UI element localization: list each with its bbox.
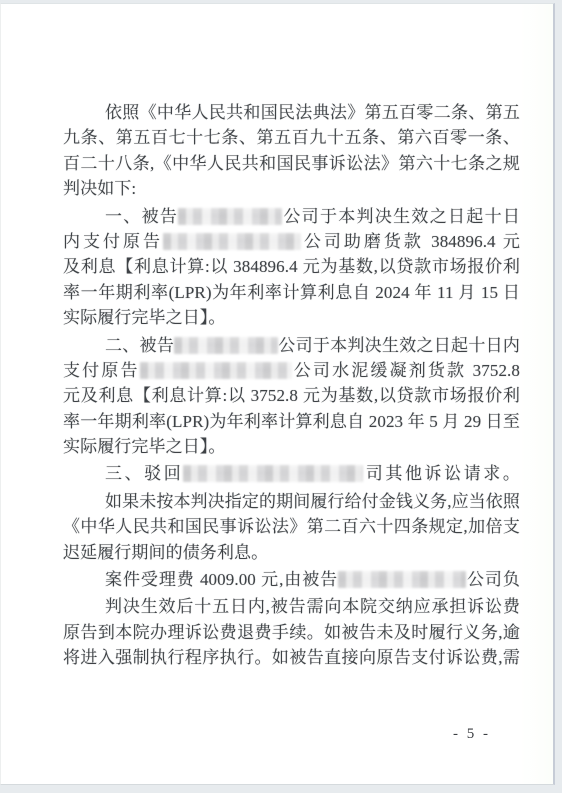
text-run: 将进入强制执行程序执行。如被告直接向原告支付诉讼费,需要 — [63, 648, 520, 670]
redacted-text — [178, 208, 282, 225]
doc-line: 实际履行完毕之日】。 — [63, 434, 520, 459]
text-run: 实际履行完毕之日】。 — [63, 437, 226, 456]
doc-line: 将进入强制执行程序执行。如被告直接向原告支付诉讼费,需要 — [63, 645, 520, 670]
doc-line: 迟延履行期间的债务利息。 — [63, 540, 520, 565]
doc-line: 判决如下: — [63, 176, 520, 201]
text-run: 判决如下: — [63, 179, 136, 198]
doc-line: 支付原告公司水泥缓凝剂货款 3752.8 — [63, 358, 520, 383]
text-run: 及利息【利息计算:以 384896.4 元为基数,以贷款市场报价利 — [63, 257, 520, 276]
doc-line: 二、被告公司于本判决生效之日起十日内 — [63, 333, 520, 358]
doc-line: 原告到本院办理诉讼费退费手续。如被告未及时履行义务,逾期 — [63, 620, 520, 645]
text-run: 迟延履行期间的债务利息。 — [63, 543, 268, 562]
doc-line: 率一年期利率(LPR)为年利率计算利息自 2024 年 11 月 15 日至 — [63, 280, 520, 305]
text-run: 公司助磨货款 384896.4 元 — [301, 232, 520, 251]
text-run: 公司于本判决生效之日起十日 — [282, 207, 520, 226]
text-run: 原告到本院办理诉讼费退费手续。如被告未及时履行义务,逾期 — [63, 623, 520, 645]
doc-line: 依照《中华人民共和国民法典法》第五百零二条、第五百零 — [63, 100, 520, 125]
paragraph: 如果未按本判决指定的期间履行给付金钱义务,应当依照《中华人民共和国民事诉讼法》第… — [63, 489, 520, 565]
doc-line: 九条、第五百七十七条、第五百九十五条、第六百零一条、第六 — [63, 125, 520, 150]
text-run: 元及利息【利息计算:以 3752.8 元为基数,以贷款市场报价利 — [63, 386, 520, 405]
document-page: 依照《中华人民共和国民法典法》第五百零二条、第五百零九条、第五百七十七条、第五百… — [0, 3, 555, 785]
text-run: 《中华人民共和国民事诉讼法》第二百六十四条规定,加倍支付 — [63, 517, 520, 539]
redacted-text — [338, 571, 466, 588]
text-run: 支付原告 — [63, 361, 140, 380]
redacted-text — [174, 337, 278, 354]
text-run: 率一年期利率(LPR)为年利率计算利息自 2023 年 5 月 29 日至 — [63, 412, 520, 431]
paragraph: 判决生效后十五日内,被告需向本院交纳应承担诉讼费用,原告到本院办理诉讼费退费手续… — [63, 594, 520, 670]
text-run: 百二十八条,《中华人民共和国民事诉讼法》第六十七条之规定, — [63, 154, 520, 176]
doc-line: 内支付原告公司助磨货款 384896.4 元 — [63, 229, 520, 254]
judgment-body: 依照《中华人民共和国民法典法》第五百零二条、第五百零九条、第五百七十七条、第五百… — [63, 100, 520, 673]
page-number: - 5 - — [453, 726, 491, 743]
paragraph: 依照《中华人民共和国民法典法》第五百零二条、第五百零九条、第五百七十七条、第五百… — [63, 100, 520, 202]
screenshot-root: 依照《中华人民共和国民法典法》第五百零二条、第五百零九条、第五百七十七条、第五百… — [0, 0, 562, 793]
text-run: 二、被告 — [105, 336, 174, 355]
doc-line: 如果未按本判决指定的期间履行给付金钱义务,应当依照 — [63, 489, 520, 514]
doc-line: 实际履行完毕之日】。 — [63, 305, 520, 330]
doc-line: 元及利息【利息计算:以 3752.8 元为基数,以贷款市场报价利 — [63, 383, 520, 408]
text-run: 九条、第五百七十七条、第五百九十五条、第六百零一条、第六 — [63, 128, 520, 150]
doc-line: 判决生效后十五日内,被告需向本院交纳应承担诉讼费用, — [63, 594, 520, 619]
text-run: 三、驳回 — [105, 464, 183, 483]
paragraph: 二、被告公司于本判决生效之日起十日内支付原告公司水泥缓凝剂货款 3752.8元及… — [63, 333, 520, 460]
doc-line: 率一年期利率(LPR)为年利率计算利息自 2023 年 5 月 29 日至 — [63, 409, 520, 434]
doc-line: 一、被告公司于本判决生效之日起十日 — [63, 204, 520, 229]
doc-line: 三、驳回司其他诉讼请求。 — [63, 461, 520, 486]
doc-line: 百二十八条,《中华人民共和国民事诉讼法》第六十七条之规定, — [63, 151, 520, 176]
text-run: 公司于本判决生效之日起十日内 — [278, 336, 520, 355]
text-run: 司其他诉讼请求。 — [363, 464, 520, 483]
redacted-text — [183, 465, 363, 482]
text-run: 依照《中华人民共和国民法典法》第五百零二条、第五百零 — [63, 103, 520, 125]
text-run: 如果未按本判决指定的期间履行给付金钱义务,应当依照 — [105, 492, 520, 511]
text-run: 率一年期利率(LPR)为年利率计算利息自 2024 年 11 月 15 日至 — [63, 283, 520, 305]
text-run: 实际履行完毕之日】。 — [63, 308, 226, 327]
redacted-text — [140, 362, 292, 379]
text-run: 案件受理费 4009.00 元,由被告 — [105, 570, 338, 589]
doc-line: 及利息【利息计算:以 384896.4 元为基数,以贷款市场报价利 — [63, 254, 520, 279]
redacted-text — [163, 233, 301, 250]
paragraph: 一、被告公司于本判决生效之日起十日内支付原告公司助磨货款 384896.4 元及… — [63, 204, 520, 331]
text-run: 判决生效后十五日内,被告需向本院交纳应承担诉讼费用, — [63, 597, 520, 619]
text-run: 公司水泥缓凝剂货款 3752.8 — [292, 361, 520, 380]
text-run: 一、被告 — [105, 207, 178, 226]
text-run: 内支付原告 — [63, 232, 163, 251]
paragraph: 案件受理费 4009.00 元,由被告公司负担。 — [63, 567, 520, 592]
doc-line: 案件受理费 4009.00 元,由被告公司负担。 — [63, 567, 520, 592]
paragraph: 三、驳回司其他诉讼请求。 — [63, 461, 520, 486]
doc-line: 《中华人民共和国民事诉讼法》第二百六十四条规定,加倍支付 — [63, 514, 520, 539]
